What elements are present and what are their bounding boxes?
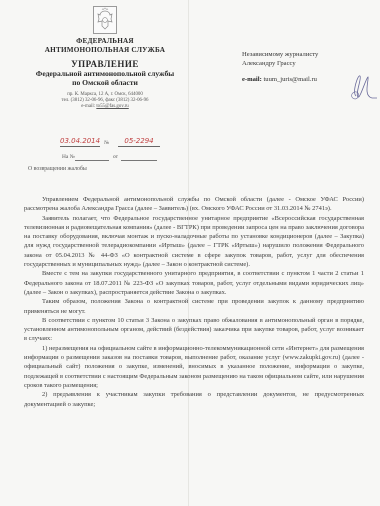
- body-paragraph: Вместе с тем на закупки государственного…: [24, 269, 364, 297]
- letterhead: ФЕДЕРАЛЬНАЯ АНТИМОНОПОЛЬНАЯ СЛУЖБА УПРАВ…: [20, 6, 190, 111]
- body-paragraph: Управлением Федеральной антимонопольной …: [24, 195, 364, 214]
- registration-date: 03.04.2014: [60, 137, 100, 147]
- letter-subject: О возвращении жалобы: [28, 166, 87, 172]
- signature-mark-icon: [346, 72, 378, 102]
- addressee-email-label: e-mail:: [242, 76, 262, 83]
- addressee-line1: Независимому журналисту: [242, 50, 372, 59]
- body-paragraph: 1) неразмещения на официальном сайте в и…: [24, 344, 364, 390]
- reply-date-label: от: [113, 154, 118, 160]
- registration-number-label: №: [104, 140, 109, 146]
- russian-coat-of-arms-icon: [93, 6, 117, 34]
- body-paragraph: Заявитель полагает, что Федеральное госу…: [24, 214, 364, 270]
- registration-number: 05-2294: [118, 137, 160, 147]
- body-paragraph: 2) предъявления к участникам закупки тре…: [24, 390, 364, 409]
- addressee-email[interactable]: tuum_juris@mail.ru: [263, 76, 317, 83]
- body-paragraph: В соответствии с пунктом 10 статьи 3 Зак…: [24, 316, 364, 344]
- agency-email-row: e-mail: to55@fas.gov.ru: [20, 104, 190, 110]
- registration-line: 03.04.2014 № 05-2294: [60, 137, 180, 149]
- agency-name-line2: АНТИМОНОПОЛЬНАЯ СЛУЖБА: [20, 46, 190, 55]
- body-paragraph: Таким образом, положения Закона о контра…: [24, 297, 364, 316]
- agency-email-link[interactable]: to55@fas.gov.ru: [96, 104, 128, 109]
- reply-reference-line: На № от: [60, 152, 180, 162]
- agency-name-line1: ФЕДЕРАЛЬНАЯ: [20, 37, 190, 46]
- contact-block: пр. К. Маркса, 12 А, г. Омск, 644000 тел…: [20, 92, 190, 111]
- letter-page: ФЕДЕРАЛЬНАЯ АНТИМОНОПОЛЬНАЯ СЛУЖБА УПРАВ…: [0, 0, 380, 506]
- agency-email-label: e-mail:: [81, 104, 96, 109]
- department-line2: по Омской области: [20, 78, 190, 87]
- reply-date-blank: [121, 160, 157, 161]
- letter-body: Управлением Федеральной антимонопольной …: [24, 195, 364, 409]
- upravlenie-heading: УПРАВЛЕНИЕ: [20, 59, 190, 69]
- addressee-line2: Александру Грассу: [242, 59, 372, 68]
- reply-number-label: На №: [62, 154, 75, 160]
- reply-number-blank: [75, 160, 109, 161]
- department-line1: Федеральной антимонопольной службы: [20, 69, 190, 78]
